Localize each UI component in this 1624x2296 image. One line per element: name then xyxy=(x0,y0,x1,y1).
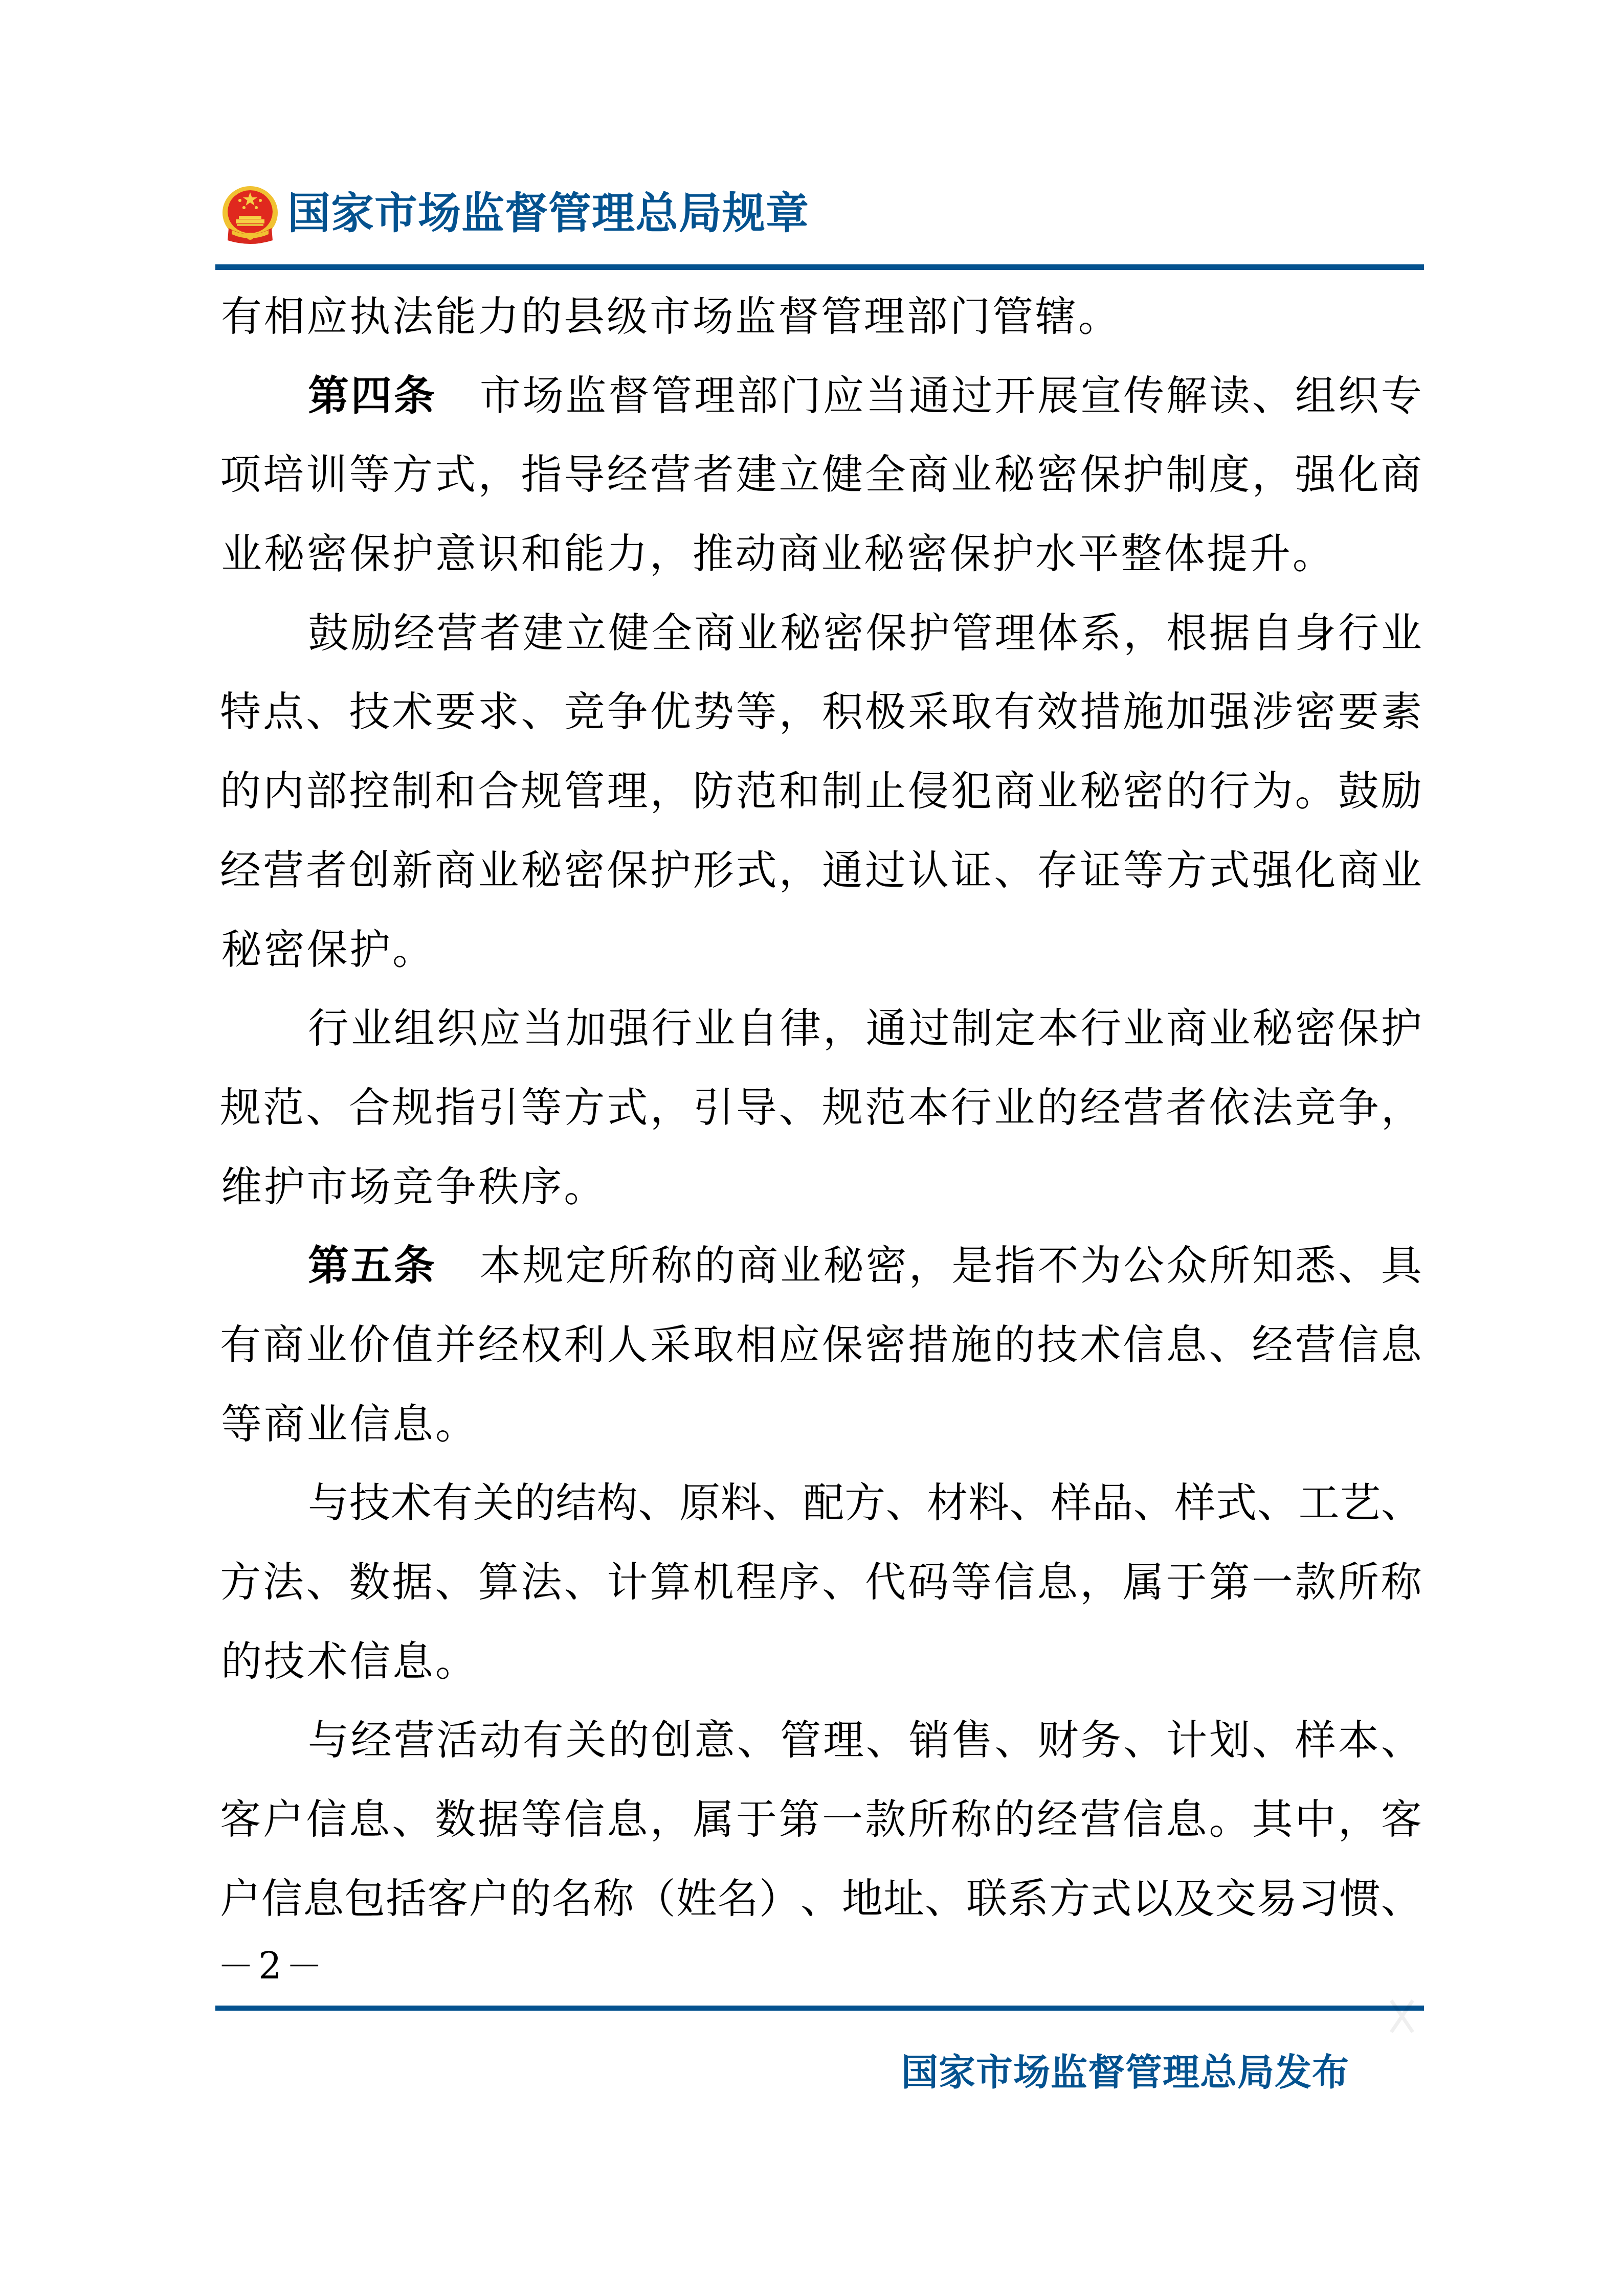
text-line: 维护市场竞争秩序。 xyxy=(220,1157,1422,1236)
text-line: 方法、数据、算法、计算机程序、代码等信息，属于第一款所称 xyxy=(220,1552,1422,1631)
text-line: 的技术信息。 xyxy=(220,1631,1422,1710)
text-line: 客户信息、数据等信息，属于第一款所称的经营信息。其中，客 xyxy=(220,1789,1422,1869)
text-line: 户信息包括客户的名称（姓名）、地址、联系方式以及交易习惯、 xyxy=(220,1869,1422,1948)
text-line: 行业组织应当加强行业自律，通过制定本行业商业秘密保护 xyxy=(220,998,1422,1077)
national-emblem-icon xyxy=(221,185,279,245)
footer-divider xyxy=(215,2006,1424,2011)
text-line: 鼓励经营者建立健全商业秘密保护管理体系，根据自身行业 xyxy=(220,603,1422,682)
text-line: 第四条 市场监督管理部门应当通过开展宣传解读、组织专 xyxy=(220,366,1422,445)
text-line: 第五条 本规定所称的商业秘密，是指不为公众所知悉、具 xyxy=(220,1235,1422,1315)
text-line: 的内部控制和合规管理，防范和制止侵犯商业秘密的行为。鼓励 xyxy=(220,761,1422,840)
text-line: 规范、合规指引等方式，引导、规范本行业的经营者依法竞争， xyxy=(220,1077,1422,1157)
text-line: 项培训等方式，指导经营者建立健全商业秘密保护制度，强化商 xyxy=(220,444,1422,524)
document-body: 有相应执法能力的县级市场监督管理部门管辖。第四条 市场监督管理部门应当通过开展宣… xyxy=(220,286,1422,1947)
text-line: 有相应执法能力的县级市场监督管理部门管辖。 xyxy=(220,286,1422,366)
header-title: 国家市场监督管理总局规章 xyxy=(287,185,809,241)
text-line: 与经营活动有关的创意、管理、销售、财务、计划、样本、 xyxy=(220,1710,1422,1789)
page-number: －2－ xyxy=(217,1943,327,1989)
text-line: 特点、技术要求、竞争优势等，积极采取有效措施加强涉密要素 xyxy=(220,682,1422,761)
text-line: 秘密保护。 xyxy=(220,919,1422,999)
text-line: 有商业价值并经权利人采取相应保密措施的技术信息、经营信息 xyxy=(220,1315,1422,1394)
text-line: 与技术有关的结构、原料、配方、材料、样品、样式、工艺、 xyxy=(220,1473,1422,1552)
text-line: 经营者创新商业秘密保护形式，通过认证、存证等方式强化商业 xyxy=(220,840,1422,919)
header-divider xyxy=(215,264,1424,270)
footer-publisher: 国家市场监督管理总局发布 xyxy=(901,2048,1349,2097)
text-line: 等商业信息。 xyxy=(220,1394,1422,1473)
text-line: 业秘密保护意识和能力，推动商业秘密保护水平整体提升。 xyxy=(220,524,1422,603)
watermark-mark-icon xyxy=(1389,1999,1415,2033)
